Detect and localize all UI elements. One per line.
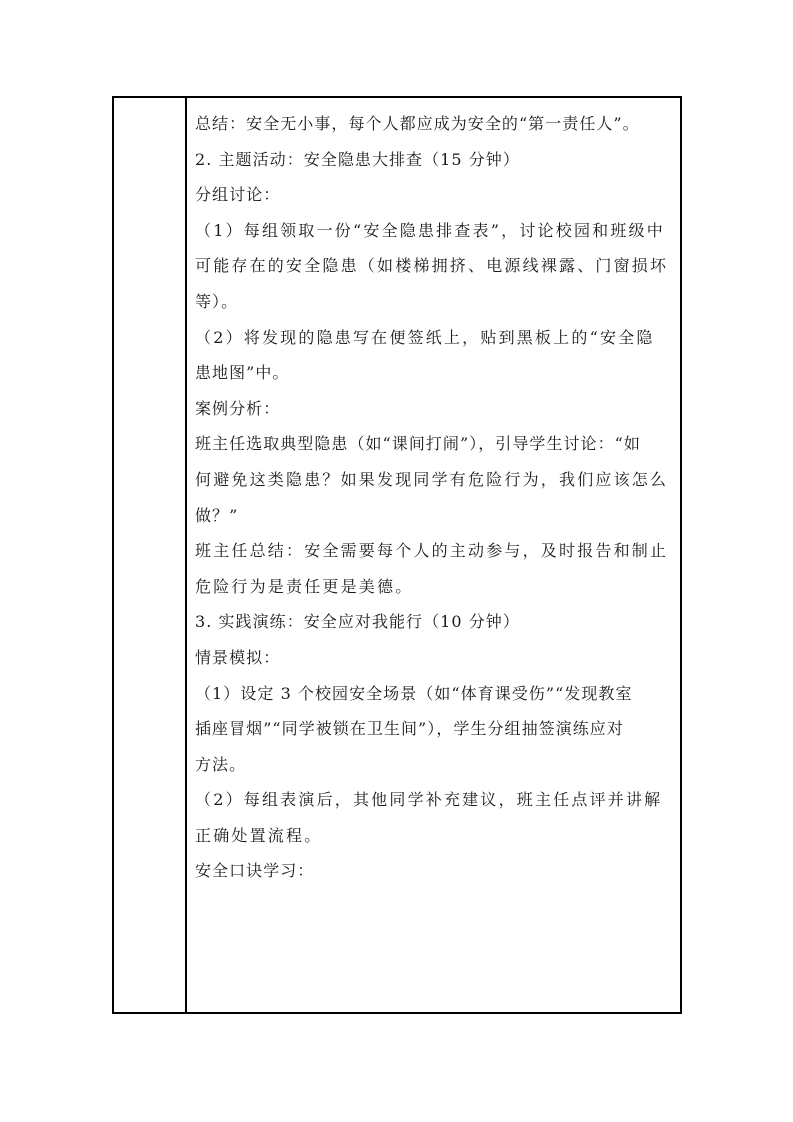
section-heading-3: 3. 实践演练：安全应对我能行（10 分钟）: [195, 604, 674, 640]
paragraph-line: （1）每组领取一份“安全隐患排查表”，讨论校园和班级中: [195, 213, 674, 249]
summary-line: 总结：安全无小事，每个人都应成为安全的“第一责任人”。: [195, 106, 674, 142]
subheading-group-discussion: 分组讨论：: [195, 177, 674, 213]
lesson-plan-table: 总结：安全无小事，每个人都应成为安全的“第一责任人”。 2. 主题活动：安全隐患…: [112, 96, 682, 1014]
paragraph-line: （1）设定 3 个校园安全场景（如“体育课受伤”“发现教室: [195, 676, 674, 712]
paragraph-line: 危险行为是责任更是美德。: [195, 569, 674, 605]
subheading-safety-rhyme: 安全口诀学习：: [195, 853, 674, 889]
paragraph-line: 班主任选取典型隐患（如“课间打闹”），引导学生讨论：“如: [195, 426, 674, 462]
table-content-cell: 总结：安全无小事，每个人都应成为安全的“第一责任人”。 2. 主题活动：安全隐患…: [187, 98, 680, 1012]
paragraph-line: （2）将发现的隐患写在便签纸上，贴到黑板上的“安全隐: [195, 320, 674, 356]
section-heading-2: 2. 主题活动：安全隐患大排查（15 分钟）: [195, 142, 674, 178]
paragraph-line: 插座冒烟”“同学被锁在卫生间”），学生分组抽签演练应对: [195, 711, 674, 747]
paragraph-line: 班主任总结：安全需要每个人的主动参与，及时报告和制止: [195, 533, 674, 569]
paragraph-line: 可能存在的安全隐患（如楼梯拥挤、电源线裸露、门窗损坏: [195, 248, 674, 284]
paragraph-line: 何避免这类隐患？如果发现同学有危险行为，我们应该怎么: [195, 462, 674, 498]
paragraph-line: 做？”: [195, 498, 674, 534]
paragraph-line: 正确处置流程。: [195, 818, 674, 854]
paragraph-line: 患地图”中。: [195, 355, 674, 391]
subheading-case-analysis: 案例分析：: [195, 391, 674, 427]
subheading-scenario-simulation: 情景模拟：: [195, 640, 674, 676]
paragraph-line: （2）每组表演后，其他同学补充建议，班主任点评并讲解: [195, 782, 674, 818]
table-left-column: [114, 98, 187, 1012]
paragraph-line: 方法。: [195, 747, 674, 783]
paragraph-line: 等）。: [195, 284, 674, 320]
